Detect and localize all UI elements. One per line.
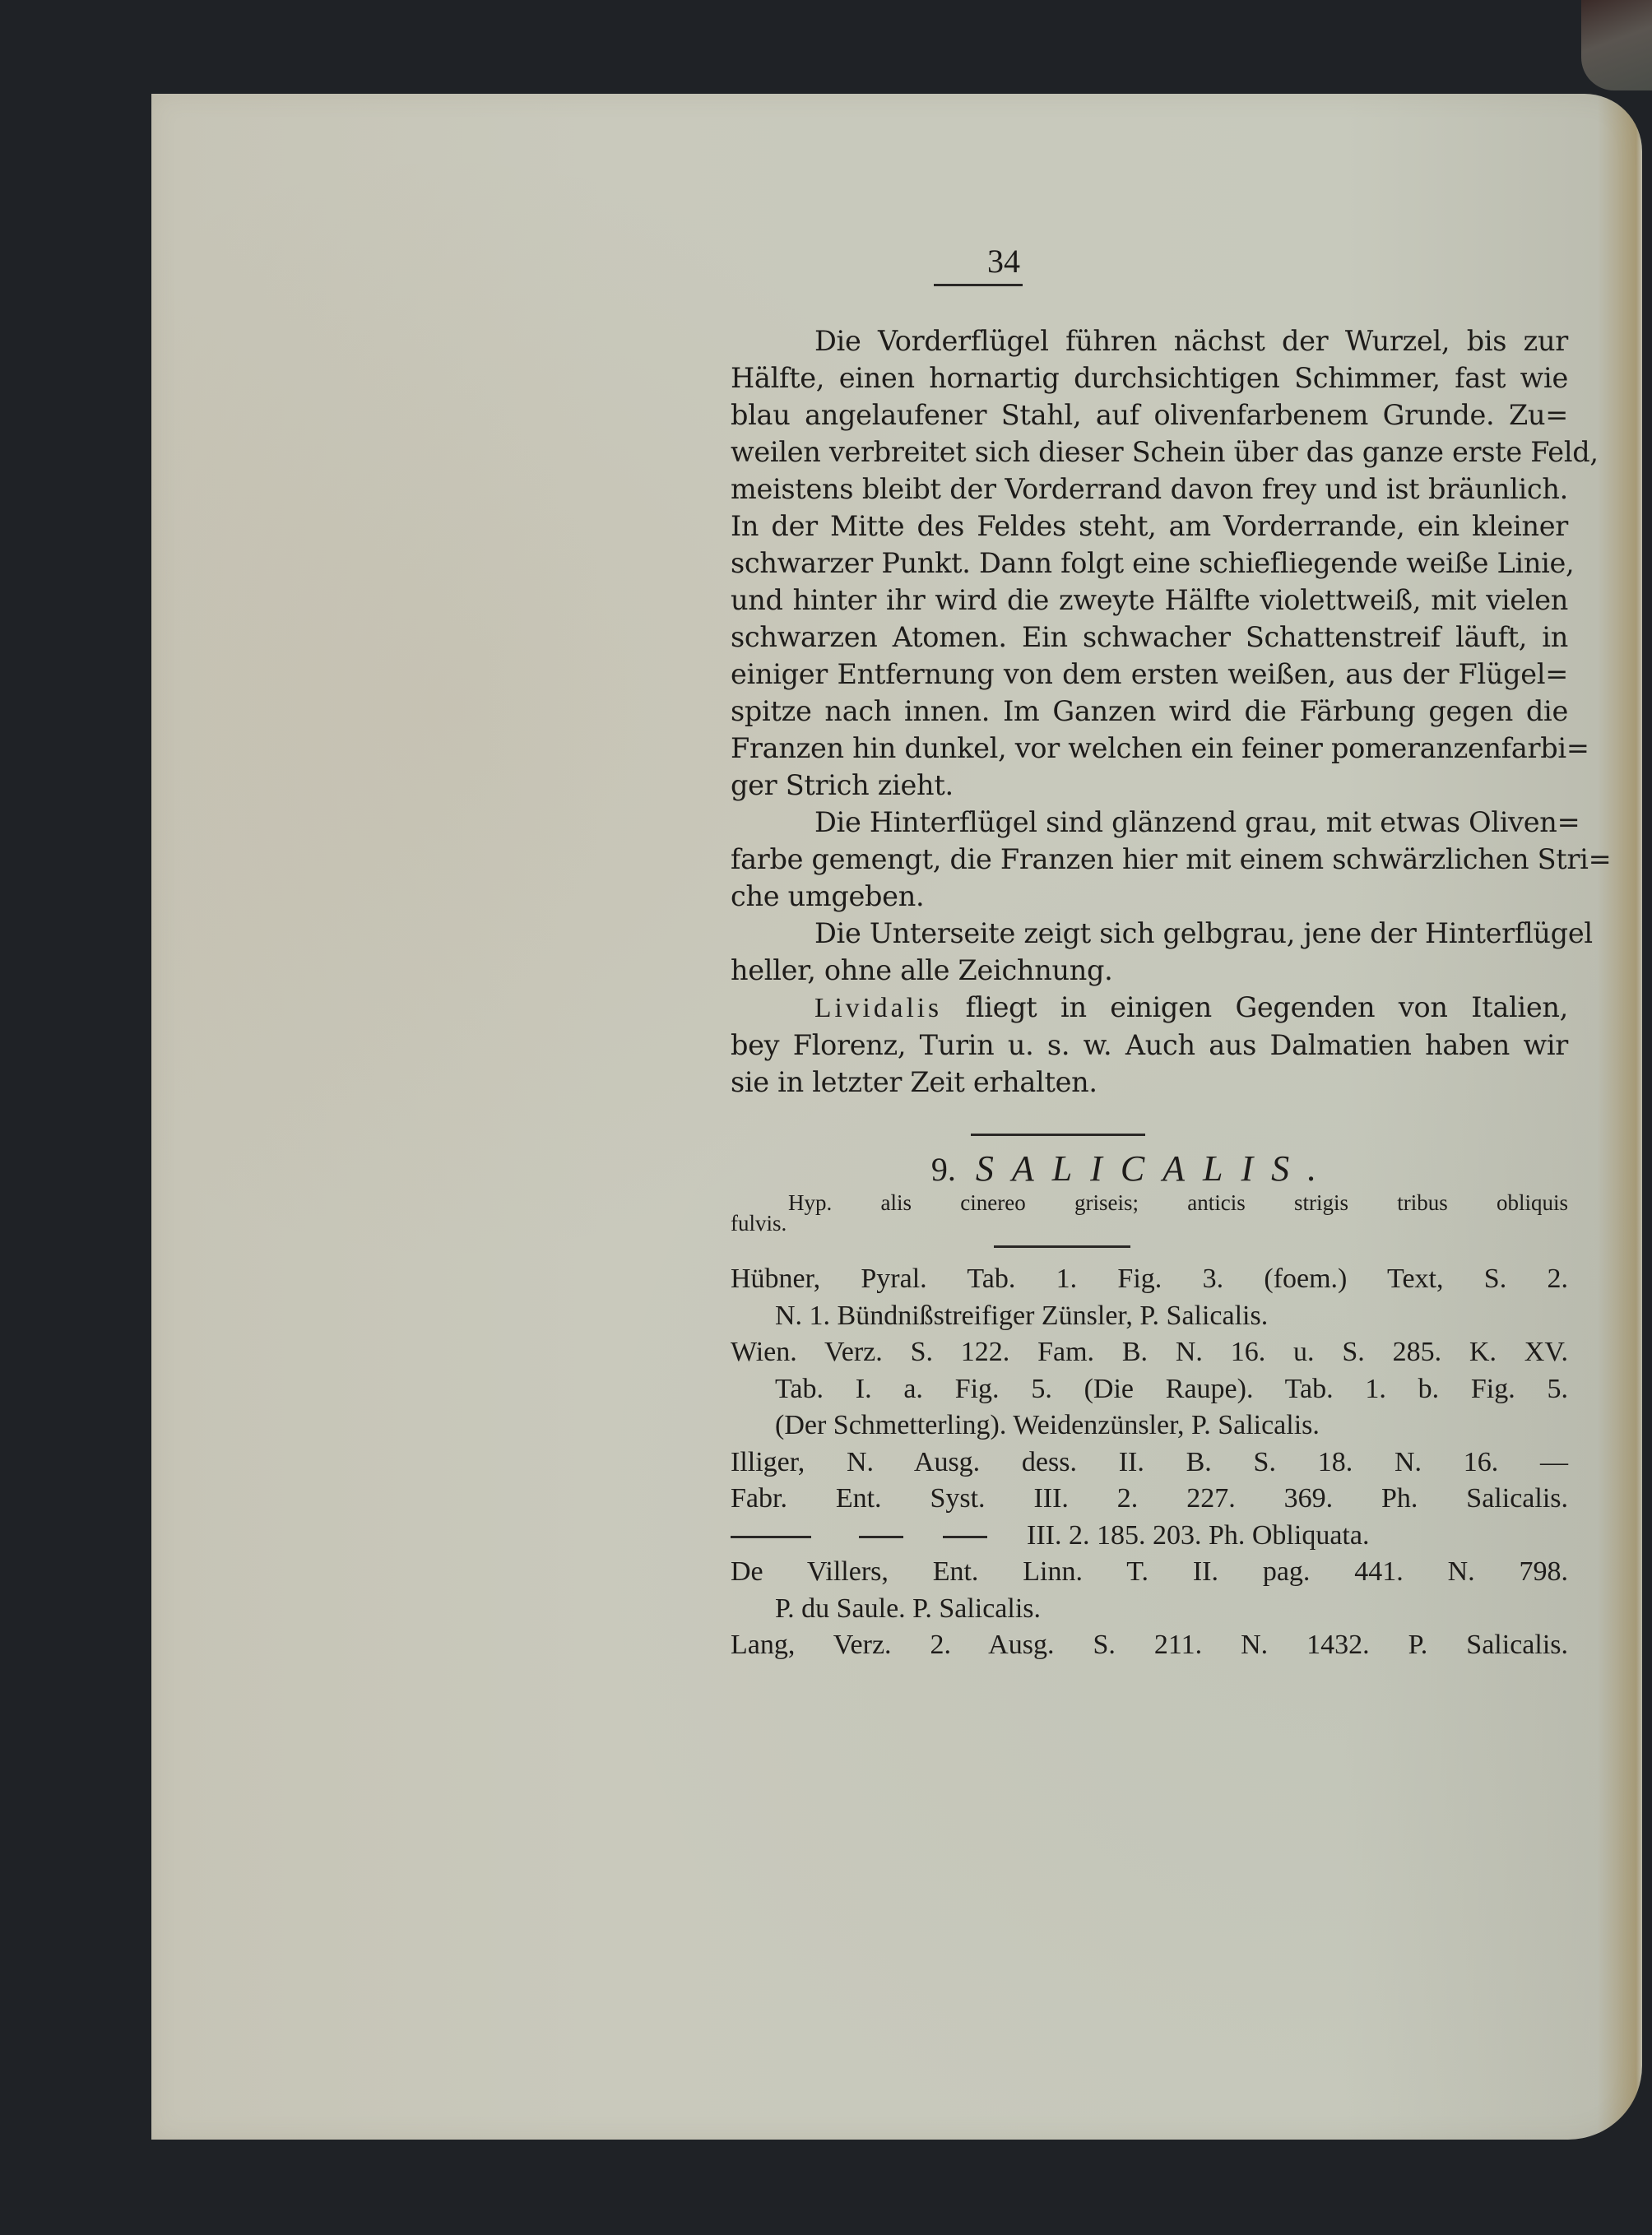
text-line: heller, ohne alle Zeichnung. — [731, 952, 1568, 989]
reference-line: Hübner, Pyral. Tab. 1. Fig. 3. (foem.) T… — [731, 1261, 1568, 1298]
text-line: In der Mitte des Feldes steht, am Vorder… — [731, 508, 1568, 545]
ditto-dash — [943, 1536, 987, 1538]
paragraph-distribution: Lividalis fliegt in einigen Gegenden von… — [731, 989, 1568, 1101]
text-line: farbe gemengt, die Franzen hier mit eine… — [731, 841, 1568, 878]
text-line: einiger Entfernung von dem ersten weißen… — [731, 656, 1568, 693]
text-line: Franzen hin dunkel, vor welchen ein fein… — [731, 730, 1568, 767]
text-fragment: fliegt in einigen Gegenden von Italien, — [942, 991, 1568, 1023]
paragraph-hindwings: Die Hinterflügel sind glänzend grau, mit… — [731, 804, 1568, 915]
page-number: 34 — [963, 245, 1045, 278]
text-line: schwarzer Punkt. Dann folgt eine schiefl… — [731, 545, 1568, 582]
reference-text: III. 2. 185. 203. Ph. Obliquata. — [1027, 1520, 1369, 1551]
references-list: Hübner, Pyral. Tab. 1. Fig. 3. (foem.) T… — [731, 1261, 1568, 1664]
text-line: Hälfte, einen hornartig durchsichtigen S… — [731, 359, 1568, 396]
paragraph-underside: Die Unterseite zeigt sich gelbgrau, jene… — [731, 915, 1568, 989]
species-name: Lividalis — [814, 993, 942, 1023]
text-line: und hinter ihr wird die zweyte Hälfte vi… — [731, 582, 1568, 619]
reference-line: Illiger, N. Ausg. dess. II. B. S. 18. N.… — [731, 1444, 1568, 1481]
text-line: Die Vorderflügel führen nächst der Wurze… — [731, 322, 1568, 359]
section-rule-top — [971, 1134, 1145, 1136]
ditto-dash — [731, 1536, 811, 1538]
text-line: ger Strich zieht. — [731, 767, 1568, 804]
text-line: schwarzen Atomen. Ein schwacher Schatten… — [731, 619, 1568, 656]
text-line: spitze nach innen. Im Ganzen wird die Fä… — [731, 693, 1568, 730]
reference-line: Wien. Verz. S. 122. Fam. B. N. 16. u. S.… — [731, 1334, 1568, 1371]
text-line: meistens bleibt der Vorderrand davon fre… — [731, 471, 1568, 508]
text-line: blau angelaufener Stahl, auf olivenfarbe… — [731, 396, 1568, 434]
section-title: SALICALIS. — [976, 1148, 1334, 1189]
section-heading: 9.SALICALIS. — [731, 1148, 1568, 1191]
text-line: Die Unterseite zeigt sich gelbgrau, jene… — [731, 915, 1568, 952]
book-cover-edge — [1581, 0, 1652, 90]
reference-line: Lang, Verz. 2. Ausg. S. 211. N. 1432. P.… — [731, 1627, 1568, 1664]
reference-line: N. 1. Bündnißstreifiger Zünsler, P. Sali… — [731, 1298, 1568, 1335]
section-rule-bottom — [994, 1245, 1130, 1248]
page-number-rule — [934, 284, 1023, 286]
reference-line-ditto: III. 2. 185. 203. Ph. Obliquata. — [731, 1518, 1568, 1555]
reference-line: Fabr. Ent. Syst. III. 2. 227. 369. Ph. S… — [731, 1481, 1568, 1518]
diagnosis-line: fulvis. — [731, 1213, 1568, 1234]
text-line: Die Hinterflügel sind glänzend grau, mit… — [731, 804, 1568, 841]
text-line: weilen verbreitet sich dieser Schein übe… — [731, 434, 1568, 471]
section-number: 9. — [931, 1151, 956, 1188]
diagnosis-line: Hyp. alis cinereo griseis; anticis strig… — [731, 1193, 1568, 1213]
text-block: Die Vorderflügel führen nächst der Wurze… — [731, 322, 1568, 1664]
reference-line: (Der Schmetterling). Weidenzünsler, P. S… — [731, 1407, 1568, 1444]
reference-line: Tab. I. a. Fig. 5. (Die Raupe). Tab. 1. … — [731, 1371, 1568, 1408]
text-line: che umgeben. — [731, 878, 1568, 915]
reference-line: De Villers, Ent. Linn. T. II. pag. 441. … — [731, 1554, 1568, 1591]
latin-diagnosis: Hyp. alis cinereo griseis; anticis strig… — [731, 1193, 1568, 1234]
reference-line: P. du Saule. P. Salicalis. — [731, 1591, 1568, 1628]
text-line: bey Florenz, Turin u. s. w. Auch aus Dal… — [731, 1027, 1568, 1064]
ditto-dash — [859, 1536, 903, 1538]
text-line: Lividalis fliegt in einigen Gegenden von… — [731, 989, 1568, 1027]
text-line: sie in letzter Zeit erhalten. — [731, 1064, 1568, 1101]
paragraph-forewings: Die Vorderflügel führen nächst der Wurze… — [731, 322, 1568, 804]
